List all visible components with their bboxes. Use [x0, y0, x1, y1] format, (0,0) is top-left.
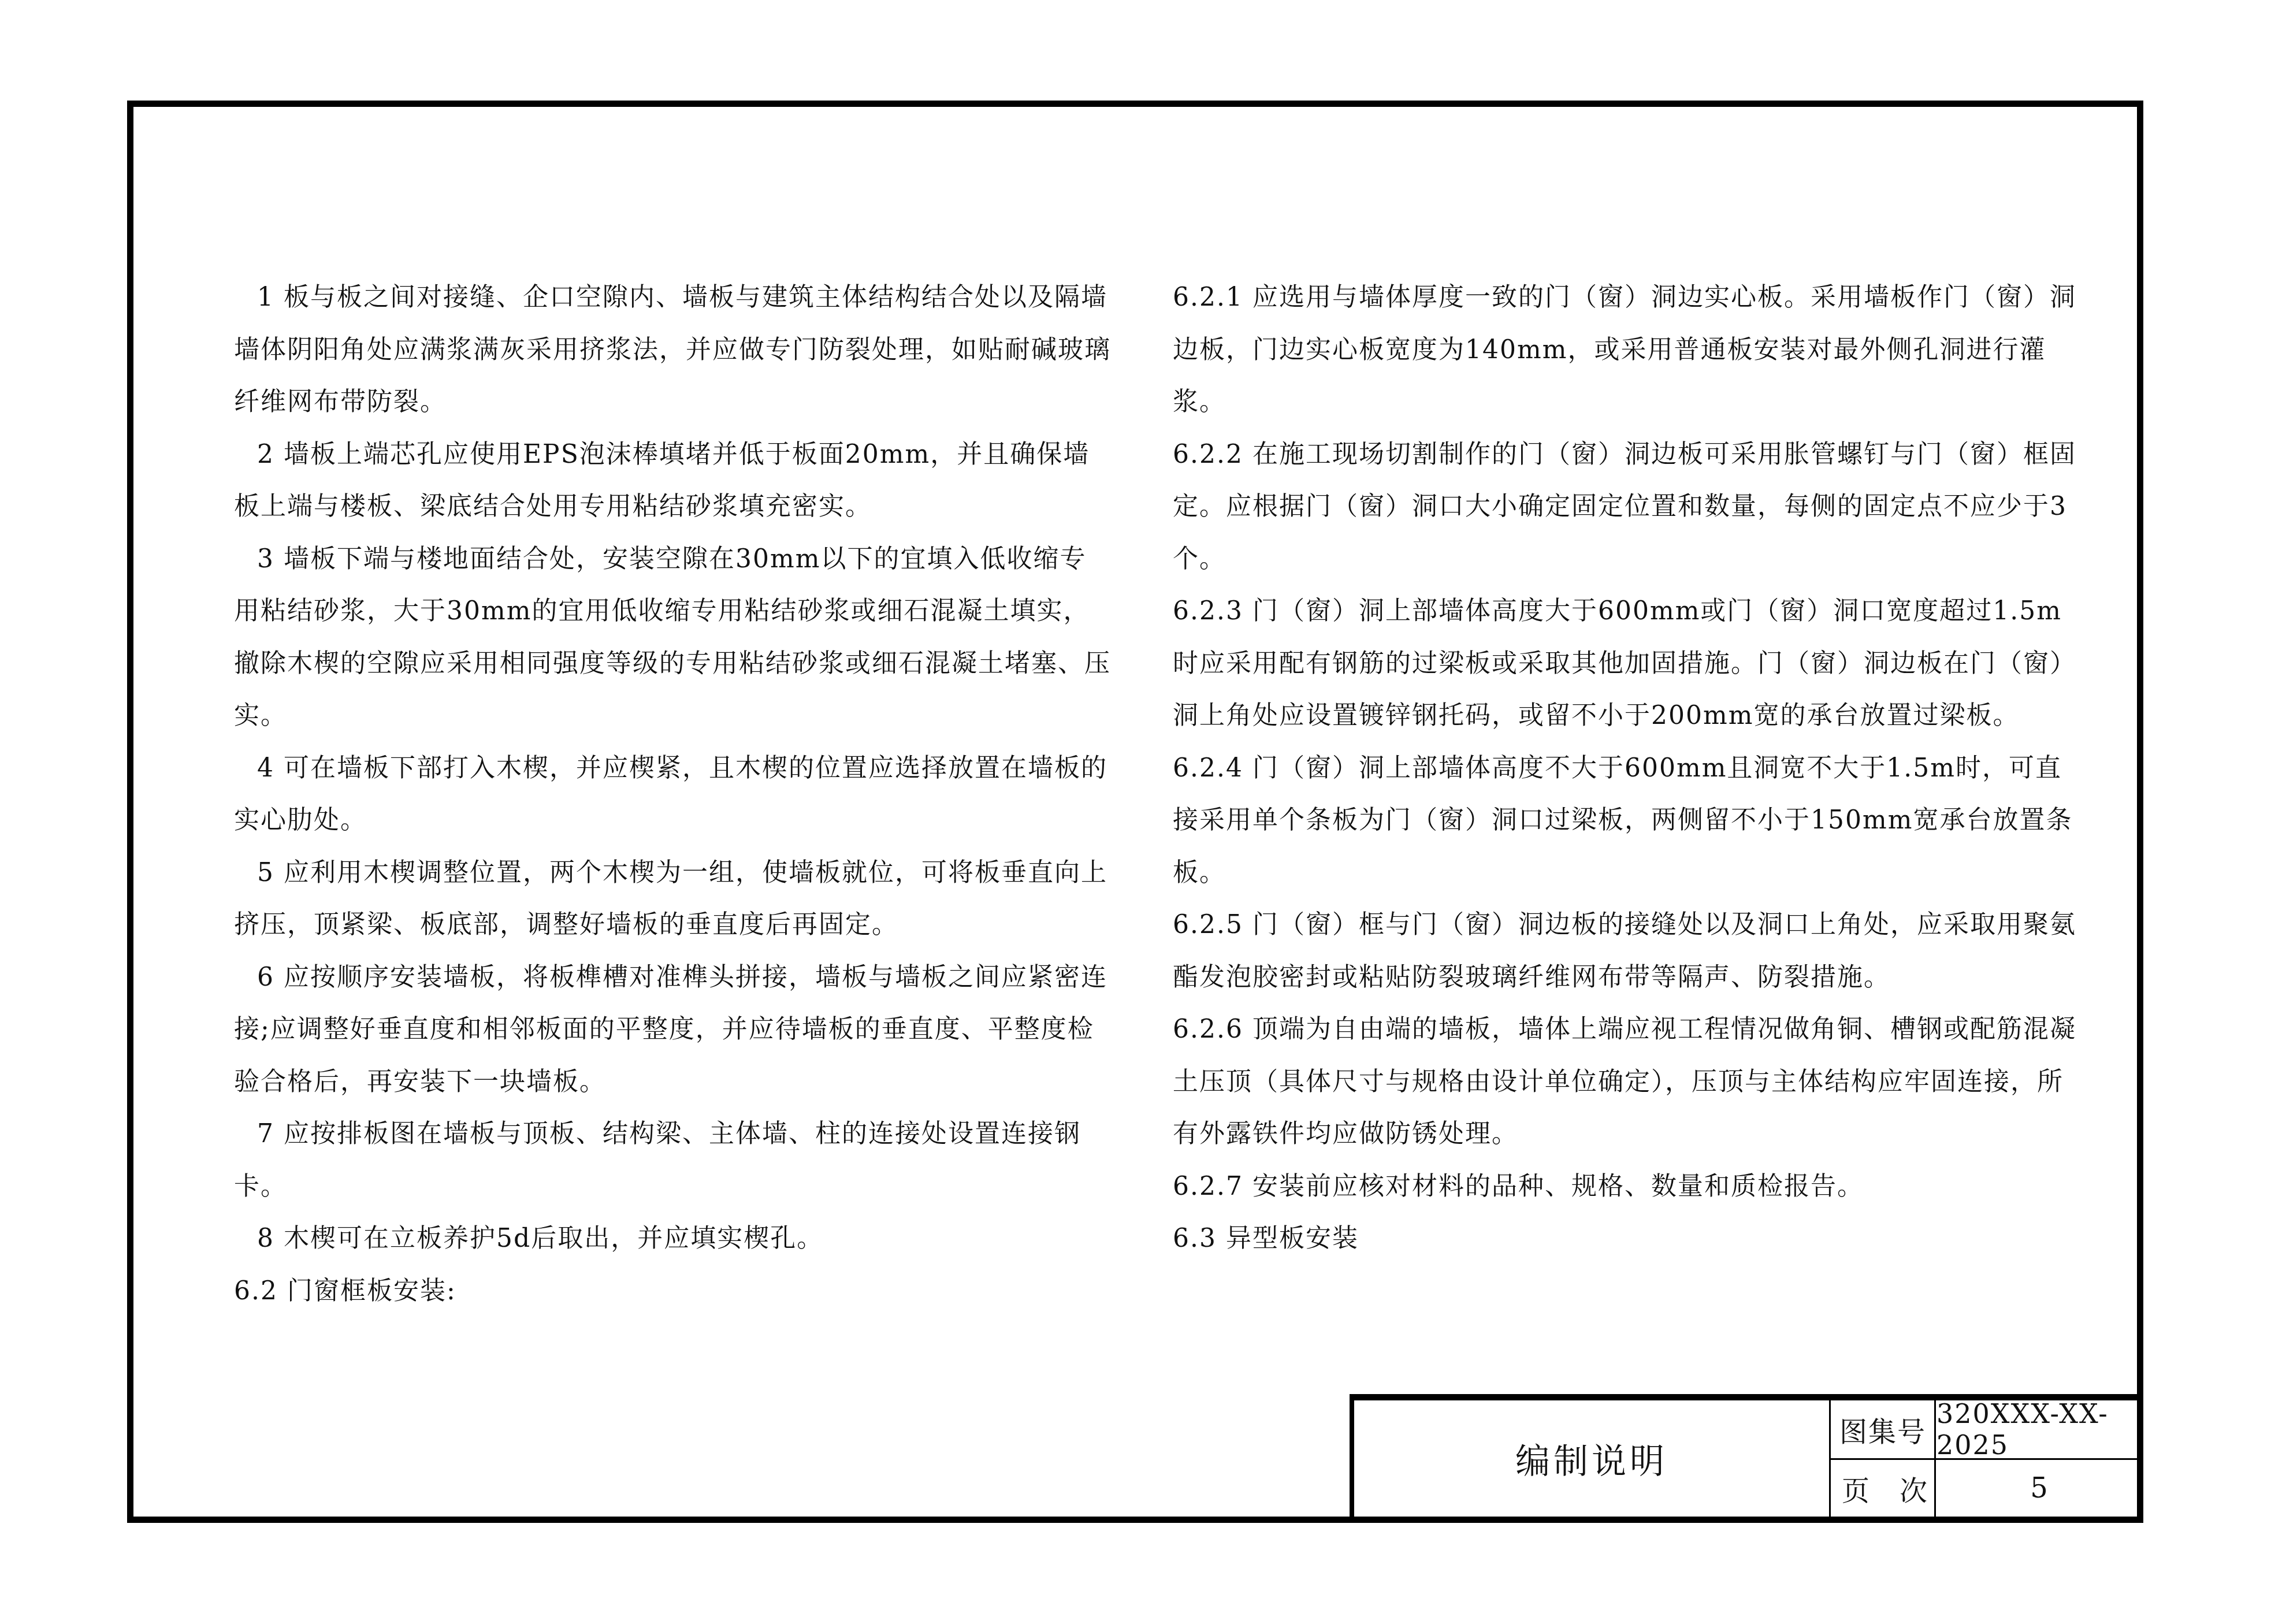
section-heading-6-2: 6.2 门窗框板安装: — [234, 1265, 1112, 1318]
page-label-char-2: 次 — [1900, 1469, 1927, 1508]
clause-6-2-2: 6.2.2 在施工现场切割制作的门（窗）洞边板可采用胀管螺钉与门（窗）框固定。应… — [1173, 429, 2080, 586]
paragraph-4: 4 可在墙板下部打入木楔，并应楔紧，且木楔的位置应选择放置在墙板的实心肋处。 — [234, 742, 1112, 847]
right-text-column: 6.2.1 应选用与墙体厚度一致的门（窗）洞边实心板。采用墙板作门（窗）洞边板，… — [1173, 272, 2080, 1265]
section-heading-6-3: 6.3 异型板安装 — [1173, 1213, 2080, 1265]
clause-6-2-7: 6.2.7 安装前应核对材料的品种、规格、数量和质检报告。 — [1173, 1161, 2080, 1213]
page-label-char-1: 页 — [1842, 1469, 1869, 1508]
drawing-title: 编制说明 — [1354, 1400, 1829, 1517]
clause-6-2-4: 6.2.4 门（窗）洞上部墙体高度不大于600mm且洞宽不大于1.5m时，可直接… — [1173, 742, 2080, 900]
clause-6-2-5: 6.2.5 门（窗）框与门（窗）洞边板的接缝处以及洞口上角处，应采取用聚氨酯发泡… — [1173, 899, 2080, 1004]
page-label: 页 次 — [1838, 1460, 1931, 1517]
paragraph-8: 8 木楔可在立板养护5d后取出，并应填实楔孔。 — [234, 1213, 1112, 1265]
clause-6-2-6: 6.2.6 顶端为自由端的墙板，墙体上端应视工程情况做角铜、槽钢或配筋混凝土压顶… — [1173, 1004, 2080, 1161]
atlas-number-value: 320XXX-XX-2025 — [1937, 1400, 2142, 1458]
paragraph-3: 3 墙板下端与楼地面结合处，安装空隙在30mm以下的宜填入低收缩专用粘结砂浆，大… — [234, 533, 1112, 742]
paragraph-1: 1 板与板之间对接缝、企口空隙内、墙板与建筑主体结构结合处以及隔墙墙体阴阳角处应… — [234, 272, 1112, 429]
title-block: 编制说明 图集号 320XXX-XX-2025 页 次 5 — [1350, 1394, 2143, 1523]
paragraph-5: 5 应利用木楔调整位置，两个木楔为一组，使墙板就位，可将板垂直向上挤压，顶紧梁、… — [234, 847, 1112, 952]
page-number: 5 — [1937, 1460, 2142, 1517]
clause-6-2-1: 6.2.1 应选用与墙体厚度一致的门（窗）洞边实心板。采用墙板作门（窗）洞边板，… — [1173, 272, 2080, 429]
clause-6-2-3: 6.2.3 门（窗）洞上部墙体高度大于600mm或门（窗）洞口宽度超过1.5m时… — [1173, 585, 2080, 742]
left-text-column: 1 板与板之间对接缝、企口空隙内、墙板与建筑主体结构结合处以及隔墙墙体阴阳角处应… — [234, 272, 1112, 1317]
atlas-number-label: 图集号 — [1834, 1400, 1932, 1458]
paragraph-7: 7 应按排板图在墙板与顶板、结构梁、主体墙、柱的连接处设置连接钢卡。 — [234, 1108, 1112, 1213]
paragraph-6: 6 应按顺序安装墙板，将板榫槽对准榫头拼接，墙板与墙板之间应紧密连接;应调整好垂… — [234, 952, 1112, 1109]
paragraph-2: 2 墙板上端芯孔应使用EPS泡沫棒填堵并低于板面20mm，并且确保墙板上端与楼板… — [234, 429, 1112, 533]
